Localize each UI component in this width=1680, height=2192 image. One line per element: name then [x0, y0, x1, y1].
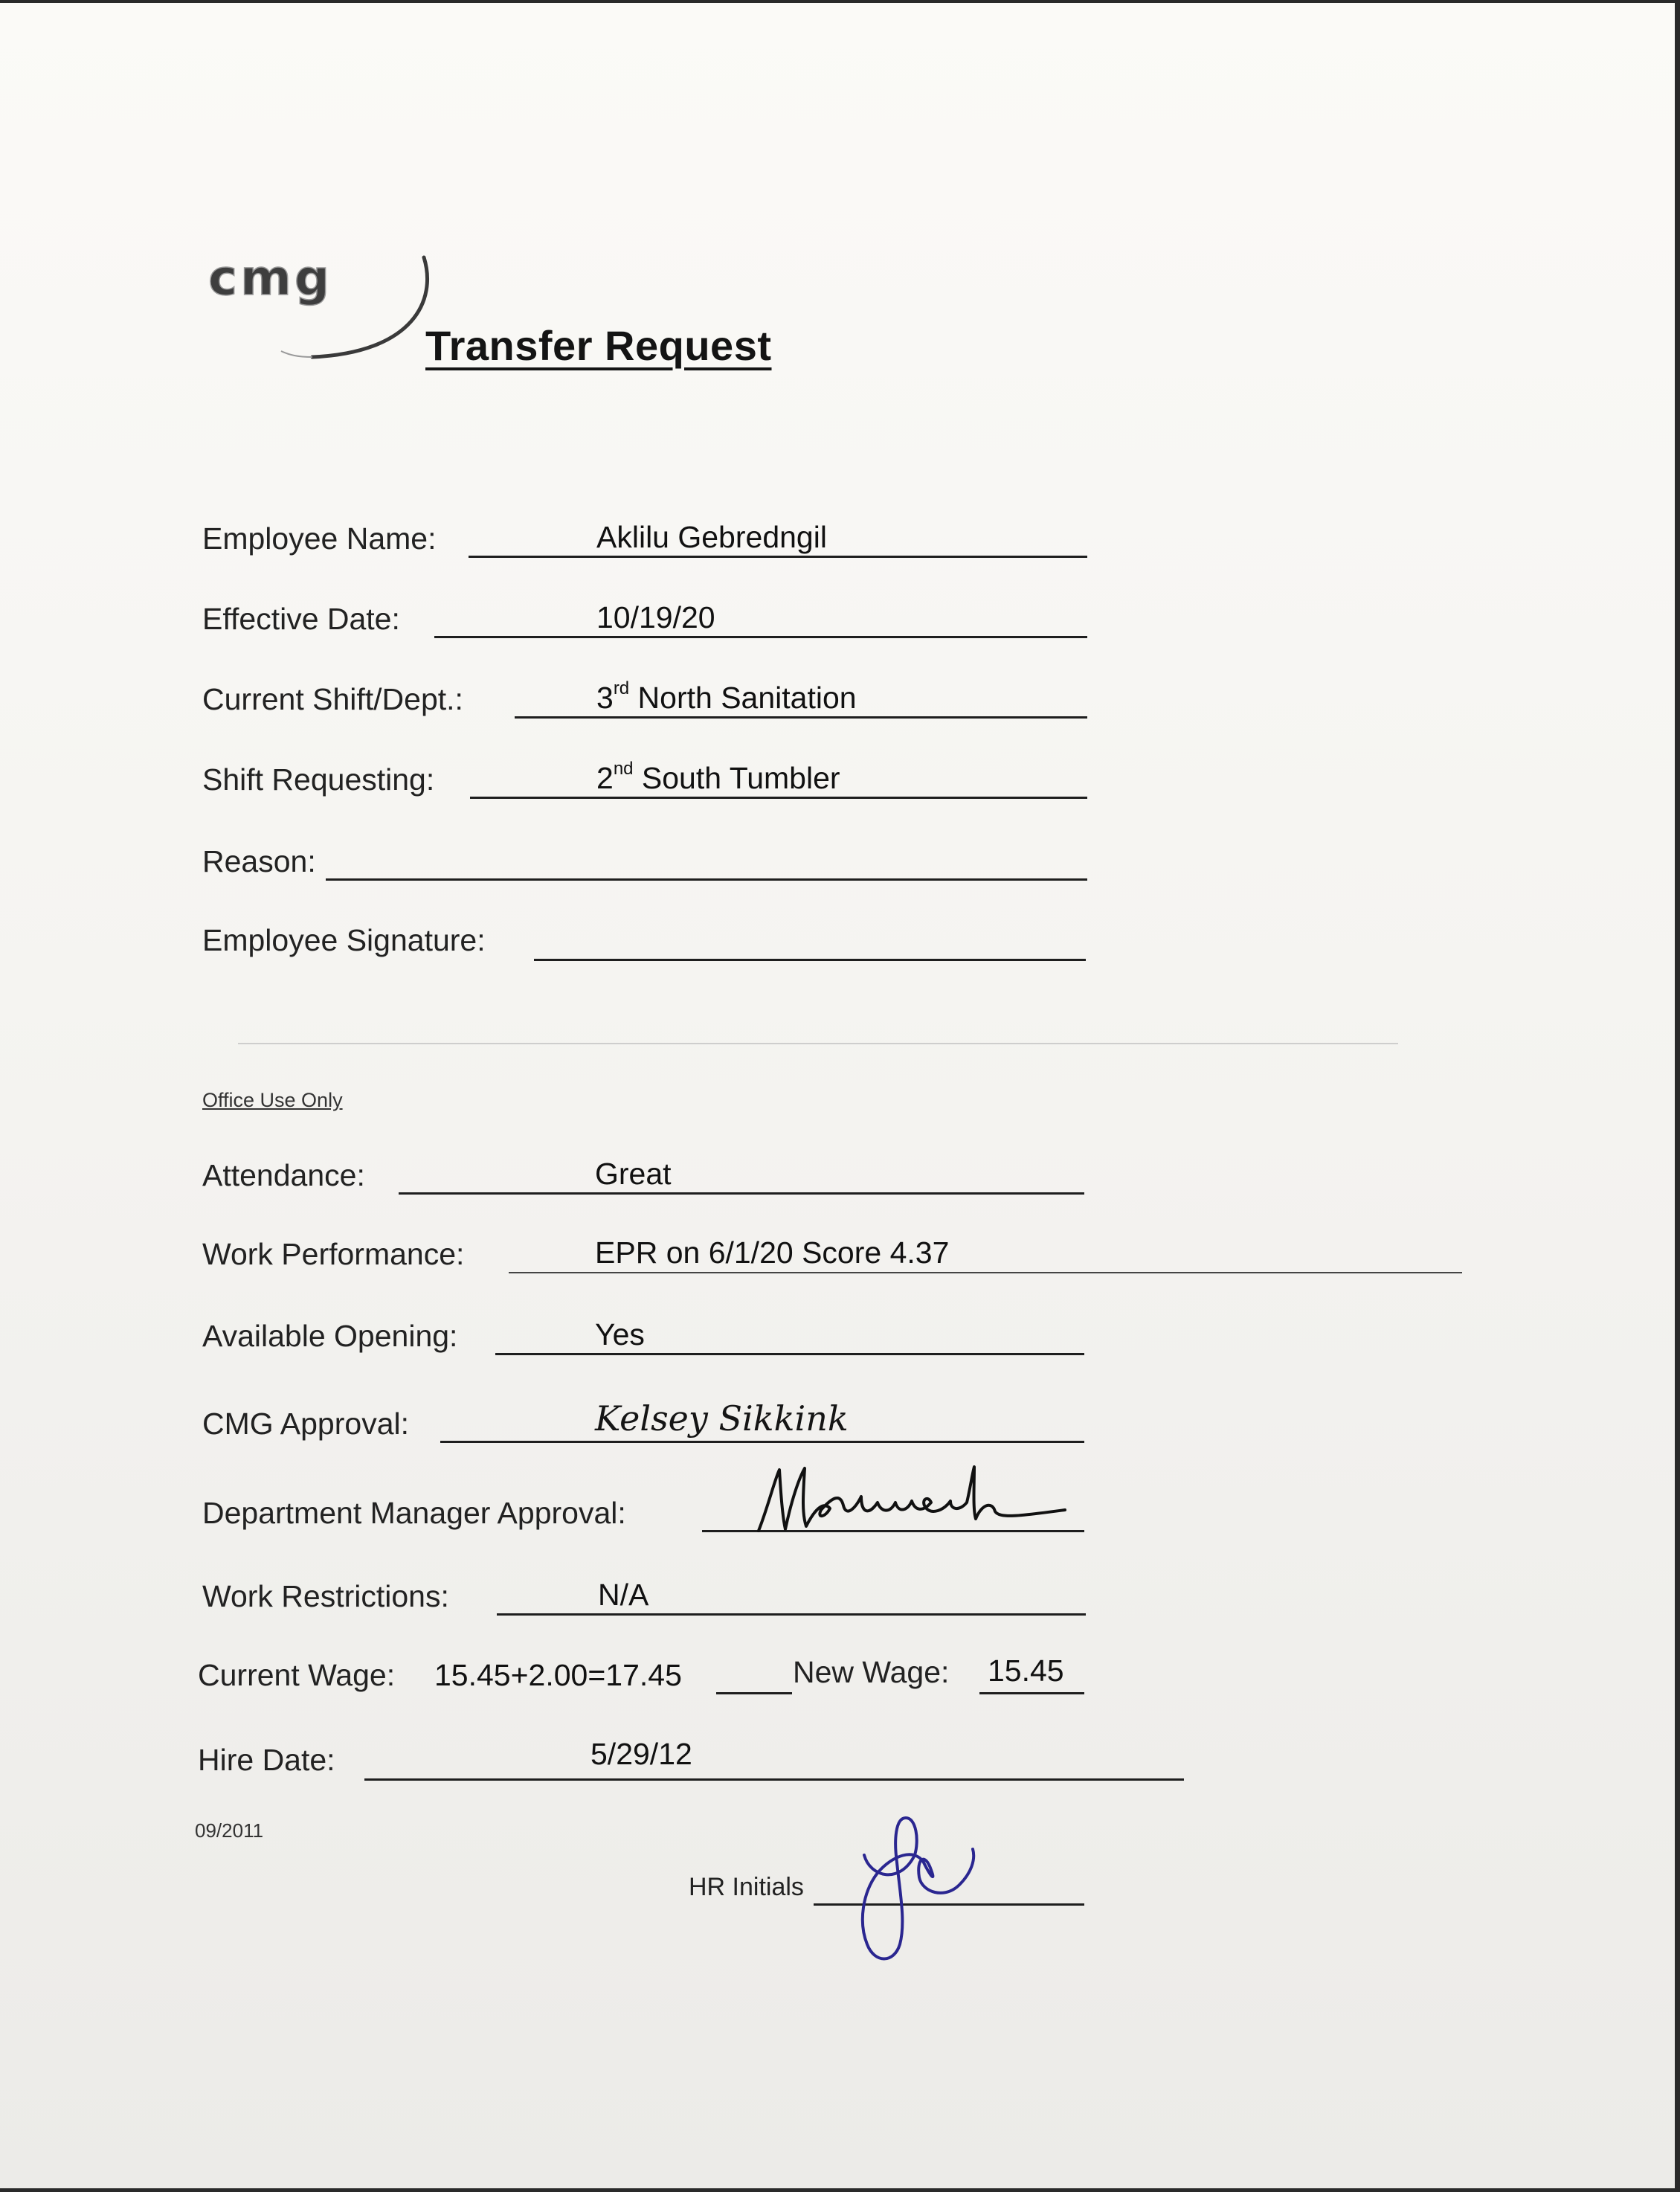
work-restrictions-label: Work Restrictions: [202, 1579, 449, 1614]
dept-manager-approval-label: Department Manager Approval: [202, 1496, 626, 1531]
hr-initials-label: HR Initials [689, 1873, 804, 1902]
employee-name-underline [469, 556, 1087, 558]
paper-sheet: cmg Transfer Request Employee Name: Akli… [0, 0, 1680, 2192]
shift-requesting-number: 2 [596, 761, 614, 795]
attendance-field[interactable]: Great [595, 1157, 672, 1192]
work-performance-underline [509, 1272, 1462, 1273]
available-opening-label: Available Opening: [202, 1319, 457, 1354]
cmg-approval-signature[interactable]: Kelsey Sikkink [595, 1398, 849, 1439]
shift-requesting-underline [470, 797, 1087, 799]
hire-date-field[interactable]: 5/29/12 [590, 1737, 692, 1772]
available-opening-underline [495, 1353, 1084, 1355]
employee-name-field[interactable]: Aklilu Gebredngil [596, 520, 827, 555]
reason-underline [326, 878, 1087, 881]
current-shift-field[interactable]: 3rd North Sanitation [596, 681, 857, 716]
form-revision-date: 09/2011 [195, 1819, 263, 1842]
cmg-approval-row: CMG Approval: Kelsey Sikkink [202, 1389, 1084, 1441]
current-wage-label: Current Wage: [198, 1658, 395, 1693]
office-use-only-heading: Office Use Only [202, 1089, 343, 1112]
work-performance-label: Work Performance: [202, 1237, 464, 1272]
new-wage-underline [979, 1692, 1084, 1694]
hire-date-label: Hire Date: [198, 1743, 335, 1778]
current-shift-text: North Sanitation [629, 681, 856, 715]
cmg-logo-icon: cmg [201, 248, 431, 367]
current-shift-row: Current Shift/Dept.: 3rd North Sanitatio… [202, 665, 1087, 717]
shift-requesting-text: South Tumbler [634, 761, 840, 795]
available-opening-field[interactable]: Yes [595, 1317, 645, 1352]
current-shift-ordinal: rd [614, 678, 629, 698]
section-divider [238, 1043, 1398, 1044]
current-shift-underline [515, 716, 1087, 719]
shift-requesting-row: Shift Requesting: 2nd South Tumbler [202, 745, 1087, 797]
wage-row: Current Wage: 15.45+2.00=17.45 New Wage:… [198, 1641, 1084, 1693]
attendance-underline [399, 1192, 1084, 1195]
work-performance-field[interactable]: EPR on 6/1/20 Score 4.37 [595, 1235, 949, 1270]
attendance-row: Attendance: Great [202, 1141, 1084, 1193]
employee-name-label: Employee Name: [202, 521, 436, 556]
attendance-label: Attendance: [202, 1158, 365, 1193]
employee-signature-row: Employee Signature: [202, 906, 1086, 958]
work-restrictions-row: Work Restrictions: N/A [202, 1562, 1086, 1614]
effective-date-field[interactable]: 10/19/20 [596, 600, 715, 635]
work-restrictions-underline [497, 1613, 1086, 1616]
shift-requesting-field[interactable]: 2nd South Tumbler [596, 761, 840, 796]
effective-date-row: Effective Date: 10/19/20 [202, 585, 1087, 637]
hire-date-underline [364, 1778, 1184, 1781]
new-wage-field[interactable]: 15.45 [988, 1653, 1064, 1688]
svg-text:cmg: cmg [208, 249, 332, 306]
employee-name-row: Employee Name: Aklilu Gebredngil [202, 504, 1087, 556]
employee-signature-underline [534, 959, 1086, 961]
new-wage-label: New Wage: [793, 1655, 949, 1690]
cmg-approval-label: CMG Approval: [202, 1407, 409, 1441]
cmg-logo: cmg [201, 248, 431, 367]
current-shift-number: 3 [596, 681, 614, 715]
current-shift-label: Current Shift/Dept.: [202, 682, 463, 717]
reason-label: Reason: [202, 844, 316, 879]
employee-signature-label: Employee Signature: [202, 923, 486, 958]
current-wage-underline [716, 1692, 792, 1694]
cmg-approval-underline [440, 1441, 1084, 1443]
hire-date-row: Hire Date: 5/29/12 [198, 1726, 1184, 1778]
effective-date-label: Effective Date: [202, 602, 400, 637]
available-opening-row: Available Opening: Yes [202, 1302, 1084, 1354]
work-restrictions-field[interactable]: N/A [598, 1578, 648, 1613]
page-title: Transfer Request [425, 321, 772, 370]
hr-initials-signature-icon[interactable] [848, 1810, 1026, 1967]
shift-requesting-label: Shift Requesting: [202, 762, 434, 797]
current-wage-field[interactable]: 15.45+2.00=17.45 [434, 1658, 682, 1693]
shift-requesting-ordinal: nd [614, 759, 634, 779]
dept-manager-approval-row: Department Manager Approval: [202, 1479, 1084, 1531]
work-performance-row: Work Performance: EPR on 6/1/20 Score 4.… [202, 1220, 1462, 1272]
effective-date-underline [434, 636, 1087, 638]
reason-row: Reason: [202, 827, 1087, 879]
dept-manager-signature-icon[interactable] [753, 1464, 1095, 1538]
